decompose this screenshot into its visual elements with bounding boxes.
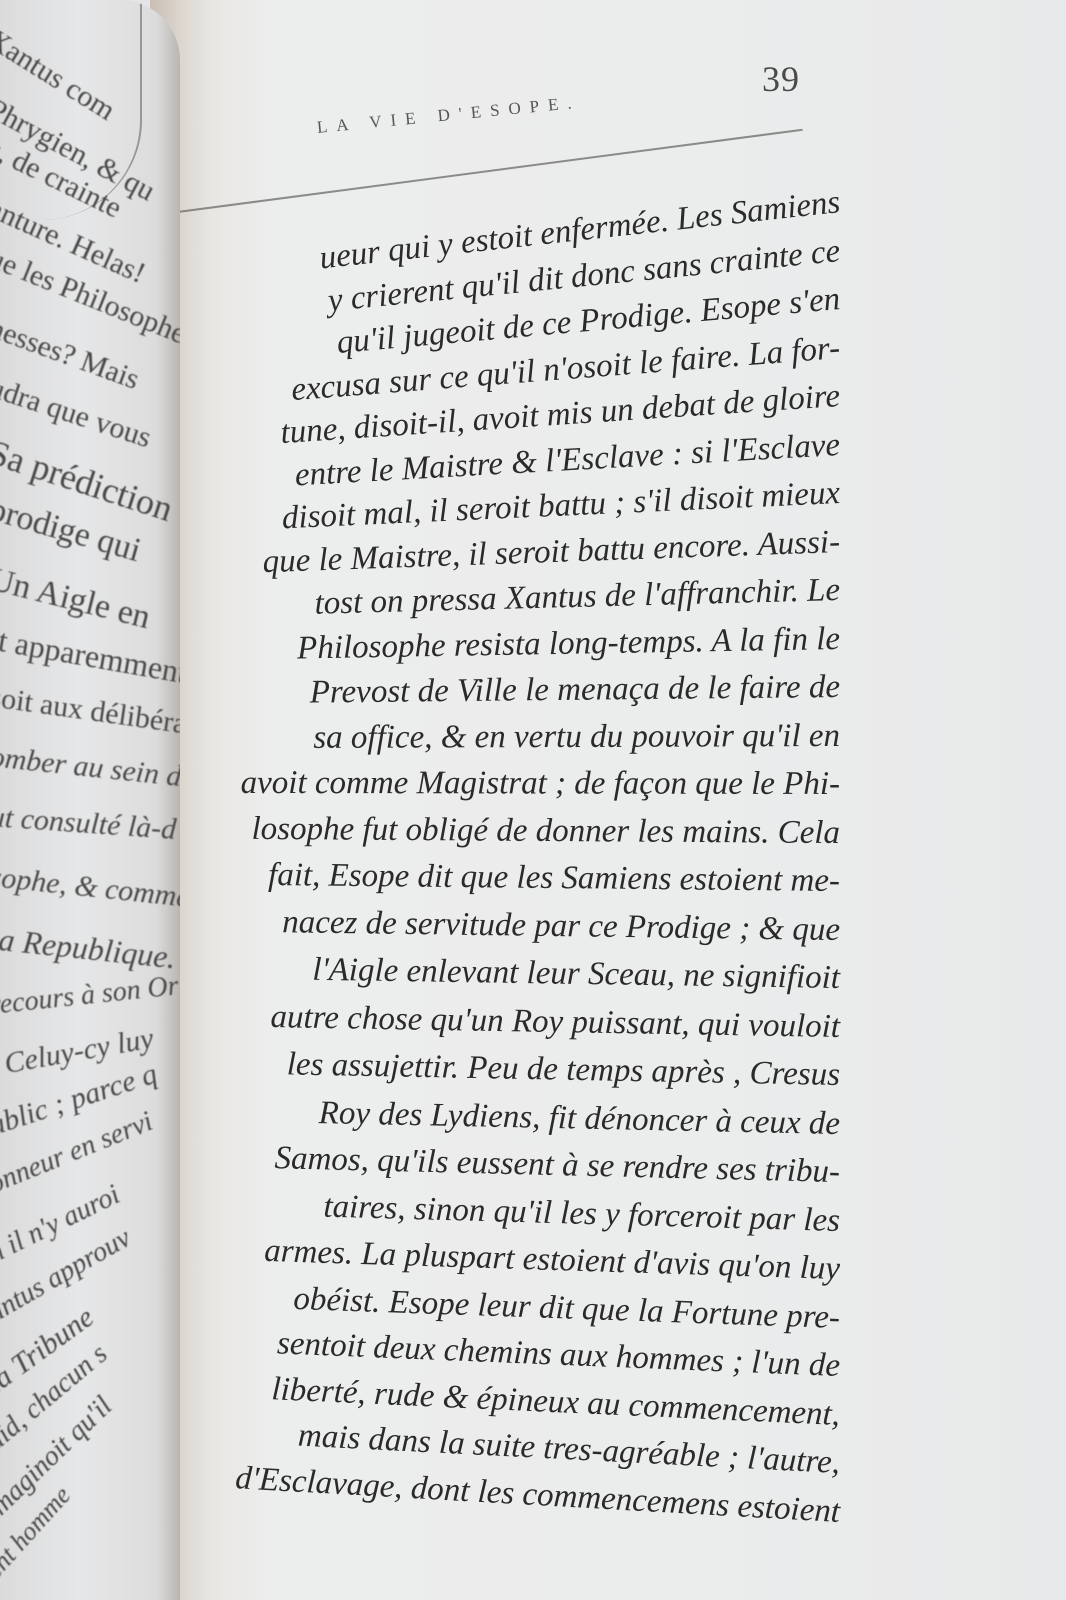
left-page-text-fragment: it apparemment [0,620,180,691]
left-page-text-fragment: ut consulté là-d [0,800,177,847]
left-page-text-fragment: sophe, & comme [0,860,180,915]
book-photo: 39 LA VIE D'ESOPE. ueur qui y estoit enf… [0,0,1066,1600]
text-line: avoit comme Magistrat ; de façon que le … [170,759,840,809]
text-line: sa office, & en vertu du pouvoir qu'il e… [170,712,840,763]
left-page-text-fragment: omber au sein d [0,740,180,794]
left-page-text-fragment: soit aux délibéra [0,680,180,741]
left-page-curl: Xantus comPhrygien, & qus, de crainteant… [0,0,180,1600]
left-page-text-fragment: la Republique. [0,920,178,976]
text-line: losophe fut obligé de donner les mains. … [170,804,840,857]
text-line: Prevost de Ville le menaça de le faire d… [170,663,840,719]
left-page-text-fragment: recours à son Or [0,970,180,1022]
page-number: 39 [762,58,800,100]
body-text: ueur qui y estoit enfermée. Les Samiensy… [170,178,840,1536]
